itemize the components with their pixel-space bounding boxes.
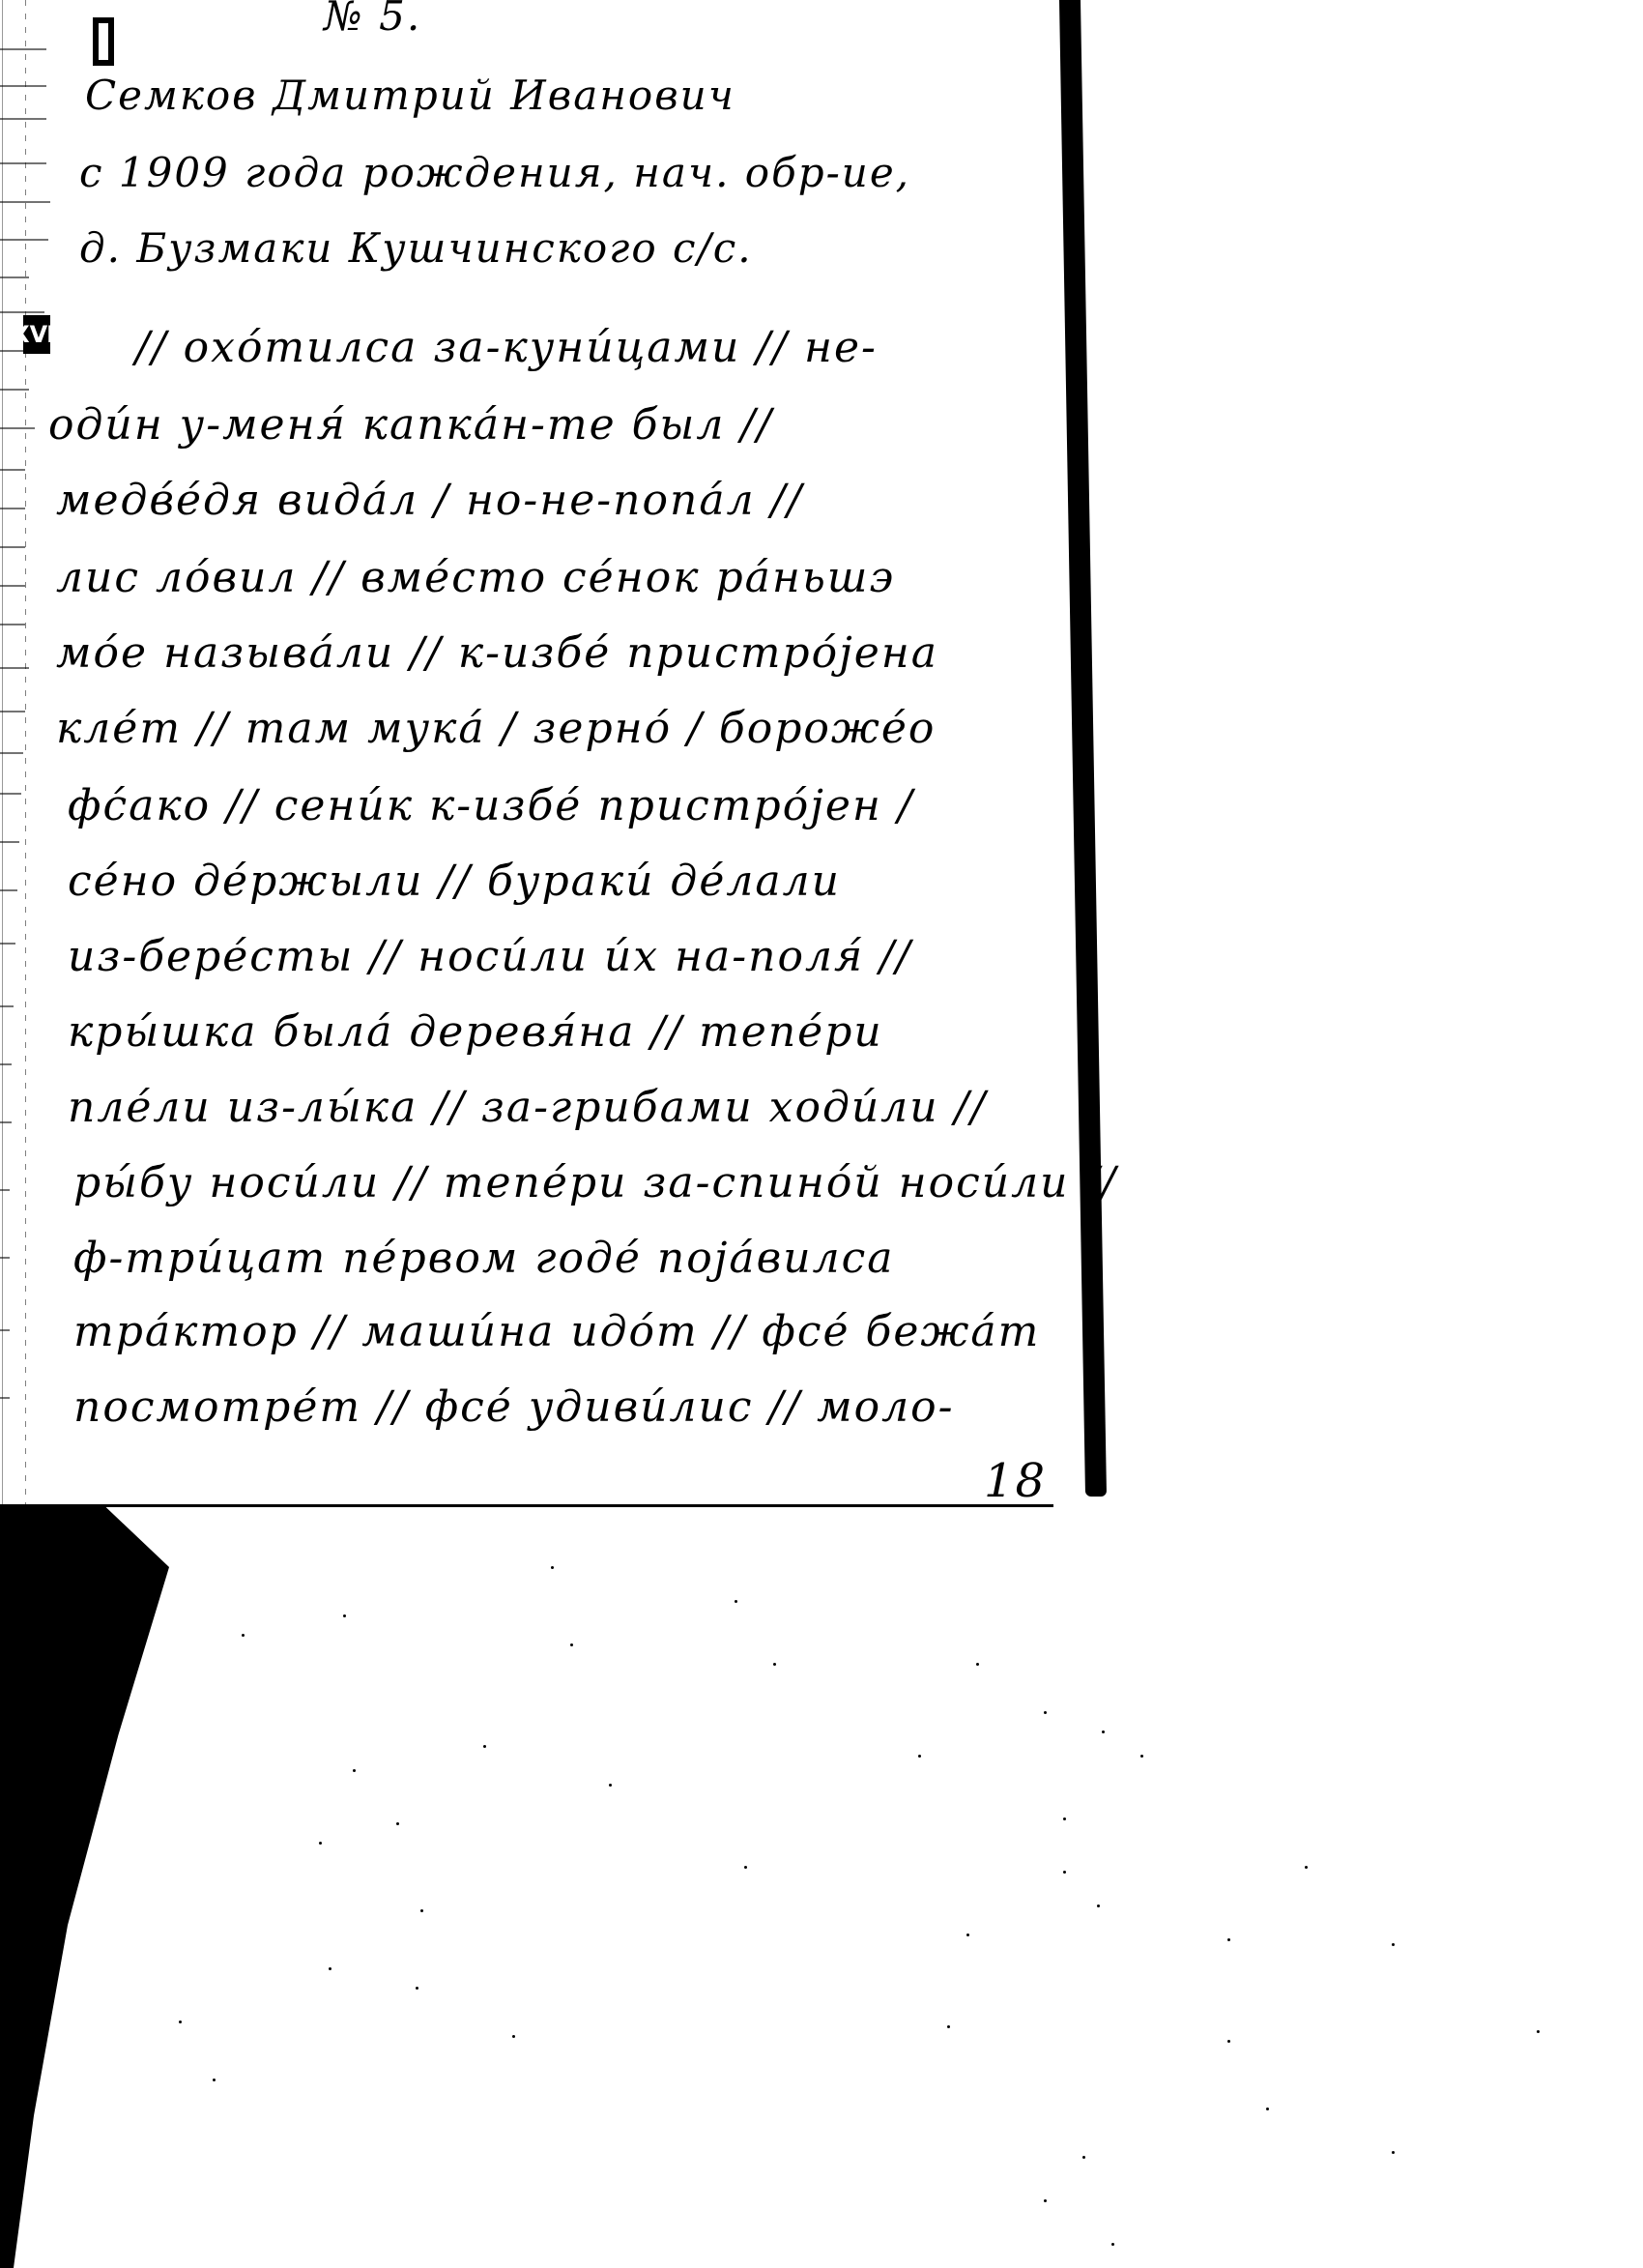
ruler-tick [0,1257,10,1259]
ruler-tick [0,546,25,548]
informant-name: Семков Дмитрий Иванович [85,75,735,116]
ruler-tick [0,793,21,795]
ruler-tick [0,943,15,945]
page-bottom-edge [0,1504,1053,1507]
ruler-tick [0,752,23,754]
ruler-tick [0,118,46,120]
transcript-line: кле́т // там мука́ / зерно́ / бороже́о [56,708,936,750]
ruler-tick [0,469,25,471]
ruler-tick [0,841,19,843]
ruler-tick [0,508,25,509]
ruler-tick [0,1397,10,1399]
ruler-tick [0,889,17,891]
transcript-line: тра́ктор // маши́на идо́т // фсе́ бежа́т [73,1311,1040,1353]
ruler-tick [0,624,25,625]
record-number: № 5. [324,0,421,37]
informant-village: д. Бузмаки Кушчинского с/с. [79,228,753,269]
ruler-tick [0,1329,10,1331]
ruler-tick [0,239,48,241]
section-marker-box: ⅩⅦ [23,315,50,354]
ruler-tick [0,585,25,587]
transcript-line: посмотре́т // фсе́ удиви́лис // моло- [73,1386,954,1429]
ruler-tick [0,201,50,203]
transcript-line: фс́ако // сени́к к-избе́ пристро́јен / [68,785,914,828]
ruler-tick [0,276,29,278]
transcript-line: // охо́тилса за-куни́цами // не- [135,327,878,369]
transcript-line: ф-три́цат пе́рвом годе́ поја́вилса [73,1237,894,1280]
ruler-tick [0,427,35,429]
ruler-tick [0,667,29,669]
transcript-line: ры́бу носи́ли // тепе́ри за-спино́й носи… [73,1162,1117,1205]
ruler-tick [0,85,46,87]
scan-shadow-wedge [0,1506,169,2268]
transcript-line: кры́шка была́ деревя́на // тепе́ри [68,1011,883,1054]
informant-birth-education: с 1909 года рождения, нач. обр-ие, [79,153,910,193]
ruler-tick [0,311,44,313]
document-page: № 5. Семков Дмитрий Иванович с 1909 года… [0,0,1082,1508]
ruler-tick [0,1005,14,1007]
ruler-tick [0,162,46,164]
margin-dashed-line [25,0,26,1508]
transcript-line: лис ло́вил // вме́сто се́нок ра́ньшэ [56,557,895,599]
transcript-line: се́но де́ржыли // бураки́ де́лали [68,860,841,903]
ruler-tick [0,711,25,712]
empty-box-marker [93,17,114,66]
margin-edge-line [2,0,3,1508]
ruler-tick [0,389,29,391]
ruler-tick [0,1121,12,1123]
page-number: 18 [984,1458,1047,1504]
left-margin-ruler [0,0,58,1508]
transcript-line: оди́н у-меня́ капка́н-те был // [48,404,773,447]
ruler-tick [0,1189,10,1191]
transcript-line: из-бере́сты // носи́ли и́х на-поля́ // [68,936,912,978]
ruler-tick [0,1063,12,1065]
ruler-tick [0,48,46,50]
transcript-line: мо́е называ́ли // к-избе́ пристро́јена [56,632,938,675]
transcript-line: медв́е́дя вида́л / но-не-попа́л // [56,480,803,522]
transcript-line: пле́ли из-лы́ка // за-грибами ходи́ли // [68,1087,987,1129]
